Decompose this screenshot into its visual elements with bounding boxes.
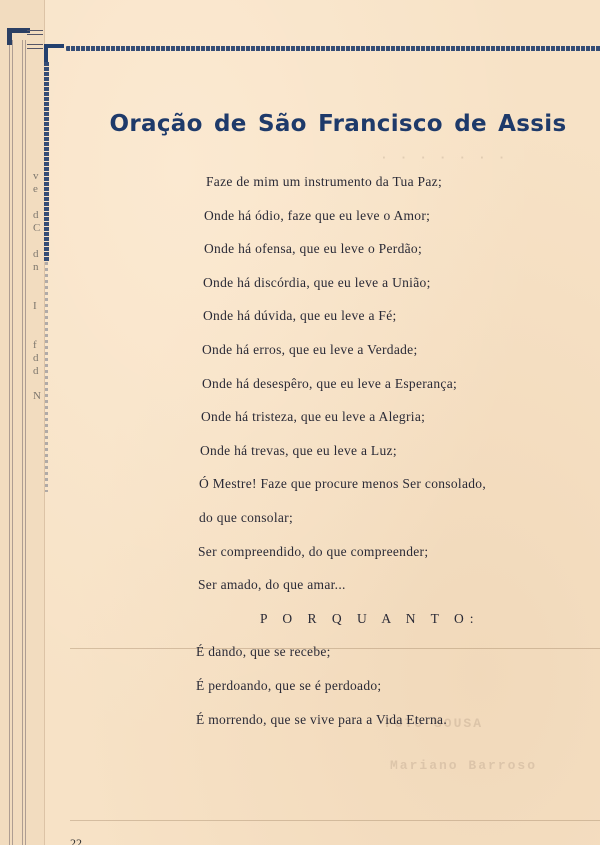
bleed-through-text: · · · · · · ·: [380, 150, 507, 165]
prayer-line: do que consolar;: [196, 508, 576, 542]
section-heading: P O R Q U A N T O:: [196, 609, 576, 643]
decorative-border-left-faded: [45, 262, 48, 492]
prayer-line: Onde há dúvida, que eu leve a Fé;: [196, 306, 576, 340]
decorative-border-top: [66, 46, 600, 51]
closing-line: É perdoando, que se é perdoado;: [196, 676, 576, 710]
back-page-dash-ornament: [27, 30, 43, 35]
closing-line: É dando, que se recebe;: [196, 642, 576, 676]
back-page-rule: [9, 40, 10, 845]
prayer-line: Onde há ofensa, que eu leve o Perdão;: [196, 239, 576, 273]
prayer-line: Onde há trevas, que eu leve a Luz;: [196, 441, 576, 475]
corner-ornament: [44, 44, 64, 62]
prayer-line: Ó Mestre! Faze que procure menos Ser con…: [196, 474, 576, 508]
closing-line: É morrendo, que se vive para a Vida Eter…: [196, 710, 576, 744]
prayer-body: Faze de mim um instrumento da Tua Paz; O…: [196, 172, 576, 743]
front-page-dash-ornament: [27, 44, 43, 49]
bleed-through-rule: [70, 820, 600, 821]
prayer-line: Ser amado, do que amar...: [196, 575, 576, 609]
prayer-line: Onde há erros, que eu leve a Verdade;: [196, 340, 576, 374]
page-number: 22: [70, 836, 82, 845]
prayer-line: Onde há ódio, faze que eu leve o Amor;: [196, 206, 576, 240]
prayer-line: Faze de mim um instrumento da Tua Paz;: [196, 172, 576, 206]
prayer-line: Onde há tristeza, que eu leve a Alegria;: [196, 407, 576, 441]
prayer-line: Ser compreendido, do que compreender;: [196, 542, 576, 576]
back-page-rule: [22, 40, 23, 845]
prayer-line: Onde há desespêro, que eu leve a Esperan…: [196, 374, 576, 408]
decorative-border-left: [44, 62, 49, 262]
prayer-line: Onde há discórdia, que eu leve a União;: [196, 273, 576, 307]
back-page-rule: [25, 40, 26, 845]
page-title: Oração de São Francisco de Assis: [0, 111, 600, 137]
back-page-rule: [12, 40, 13, 845]
bleed-through-text: Mariano Barroso: [390, 758, 537, 773]
